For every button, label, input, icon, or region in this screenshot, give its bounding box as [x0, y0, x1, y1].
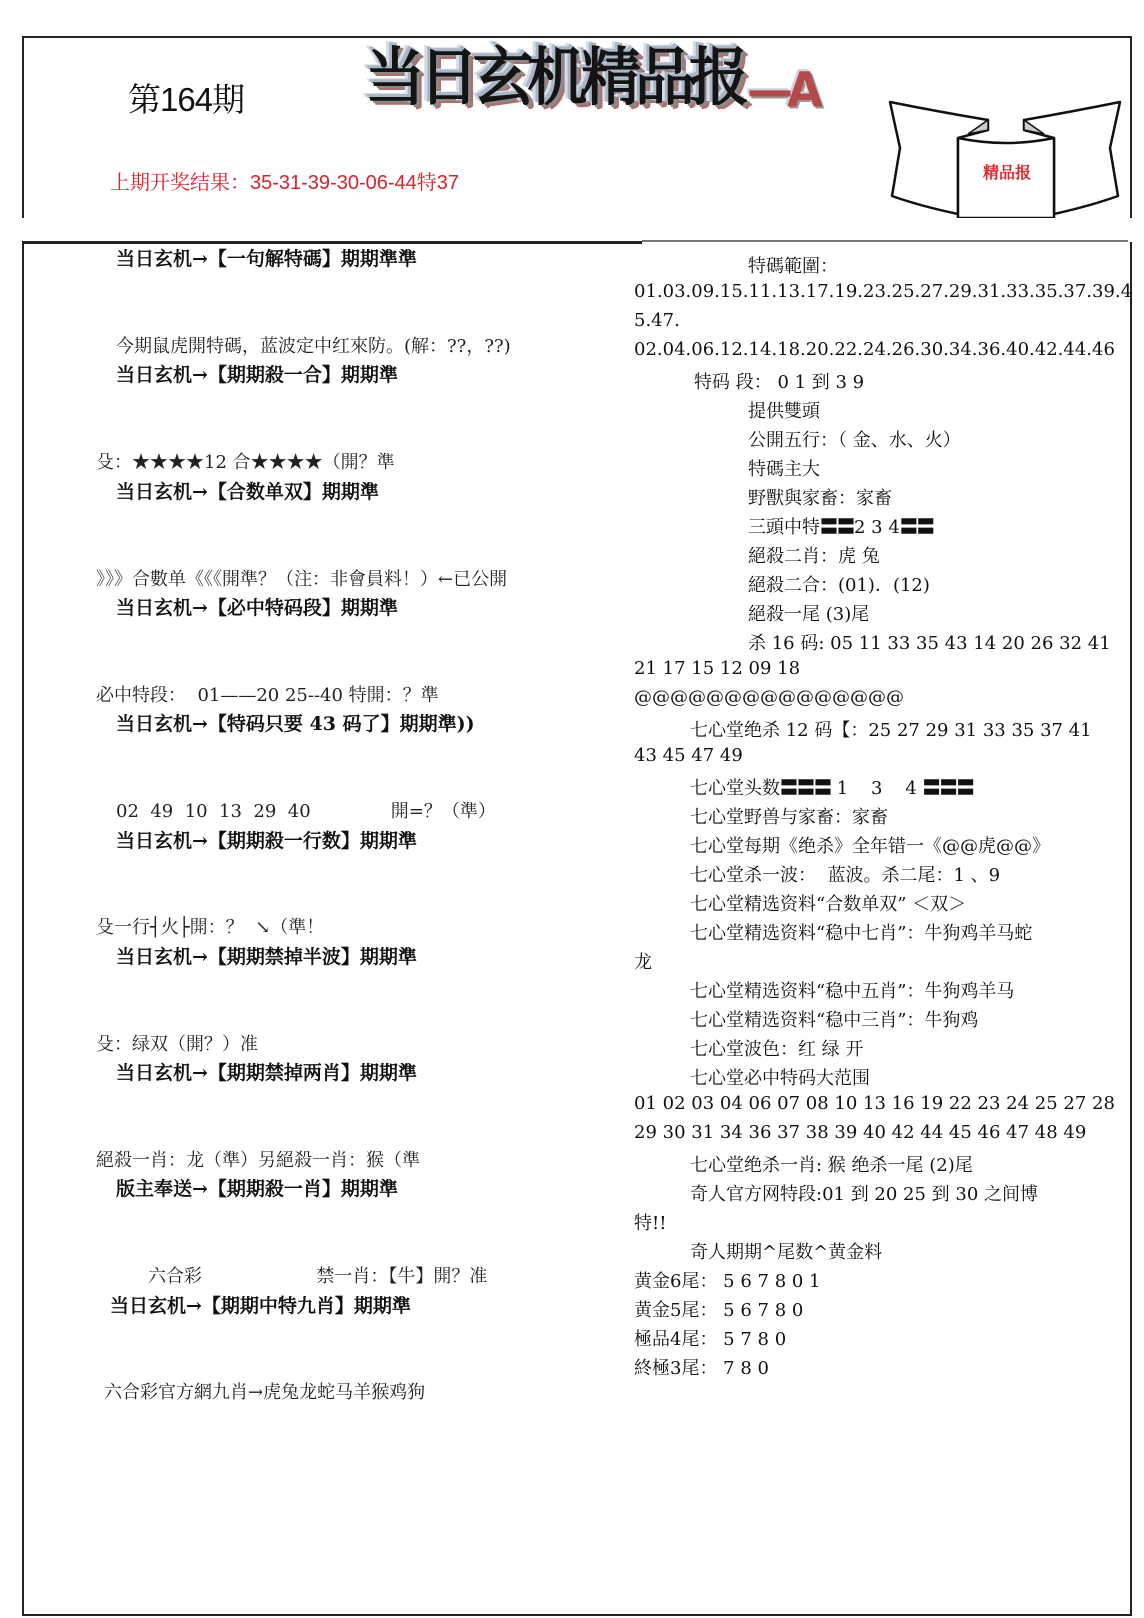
section-heading: 当日玄机→【合数单双】期期準: [116, 477, 379, 504]
data-line: 七心堂绝杀一肖: 猴 绝杀一尾 (2)尾: [690, 1151, 973, 1177]
data-line: 三頭中特〓〓2 3 4〓〓: [748, 513, 934, 539]
data-line: 七心堂野兽与家畜：家畜: [690, 803, 888, 829]
prediction-text: 必中特段： 01——20 25--40 特開：？準: [96, 681, 439, 707]
data-line: @@@@@@@@@@@@@@@: [634, 687, 904, 708]
data-line: 黄金5尾： 5 6 7 8 0: [634, 1296, 803, 1322]
data-line: 極品4尾： 5 7 8 0: [634, 1325, 786, 1351]
data-line: 43 45 47 49: [634, 745, 743, 766]
data-line: 終極3尾： 7 8 0: [634, 1354, 769, 1380]
ribbon-label: 精品报: [983, 160, 1031, 183]
data-line: 龙: [634, 948, 652, 974]
data-line: 七心堂精选资料“稳中五肖”：牛狗鸡羊马: [690, 977, 1014, 1003]
banner-title: 当日玄机精品报 —A: [365, 38, 817, 118]
data-line: 七心堂精选资料“合数单双” ＜双＞: [690, 890, 966, 916]
section-heading: 当日玄机→【必中特码段】期期準: [116, 593, 398, 620]
data-line: 21 17 15 12 09 18: [634, 658, 800, 679]
prediction-text: 六合彩 禁一肖：【牛】開？准: [148, 1262, 487, 1288]
prediction-text: 殳：★★★★12 合★★★★（開？準: [96, 448, 395, 474]
line-value: 2 3 4: [854, 517, 900, 538]
data-line: 七心堂精选资料“稳中三肖”：牛狗鸡: [690, 1006, 978, 1032]
bar-decoration-icon: 〓〓〓: [780, 774, 831, 800]
data-line: 特碼主大: [748, 455, 820, 481]
data-line: 提供雙頭: [748, 397, 820, 423]
section-heading: 当日玄机→【期期殺一行数】期期準: [116, 826, 417, 853]
prediction-text: 》》》合數单《《《開準？（注：非會員料！）←已公開: [96, 565, 507, 591]
data-line: 奇人官方网特段:01 到 20 25 到 30 之间博: [690, 1180, 1038, 1206]
data-line: 奇人期期^尾数^黄金料: [690, 1238, 882, 1264]
data-line: 野獸與家畜：家畜: [748, 484, 892, 510]
bar-decoration-icon: 〓〓〓: [923, 774, 974, 800]
section-heading: 当日玄机→【期期殺一合】期期準: [116, 360, 398, 387]
line-label: 七心堂头数: [690, 778, 780, 799]
data-line: 七心堂精选资料“稳中七肖”：牛狗鸡羊马蛇: [690, 919, 1032, 945]
prediction-text: 殳一行┤火├開：？ ↘（準！: [96, 913, 324, 939]
data-line: 29 30 31 34 36 37 38 39 40 42 44 45 46 4…: [634, 1122, 1086, 1143]
line-label: 三頭中特: [748, 517, 820, 538]
data-line: 七心堂必中特码大范围: [690, 1064, 870, 1090]
banner-title-text: 当日玄机精品报: [365, 28, 743, 118]
bar-decoration-icon: 〓〓: [820, 513, 854, 539]
data-line: 七心堂绝杀 12 码【：25 27 29 31 33 35 37 41: [690, 716, 1092, 742]
data-line: 公開五行：（ 金、水、火）: [748, 426, 961, 452]
data-line: 02.04.06.12.14.18.20.22.24.26.30.34.36.4…: [634, 339, 1115, 360]
prediction-text: 02 49 10 13 29 40 開=？（準）: [116, 797, 496, 823]
data-line: 絕殺二肖：虎 兔: [748, 542, 880, 568]
data-line: 01 02 03 04 06 07 08 10 13 16 19 22 23 2…: [634, 1093, 1115, 1114]
section-divider-right: [642, 240, 1128, 242]
data-line: 絕殺二合：(01)．(12): [748, 571, 930, 597]
data-line: 七心堂杀一波： 蓝波。杀二尾：1 、9: [690, 861, 1000, 887]
issue-number: 第164期: [128, 74, 244, 121]
data-line: 杀 16 码: 05 11 33 35 43 14 20 26 32 41: [748, 629, 1111, 655]
data-line: 絕殺一尾 (3)尾: [748, 600, 869, 626]
ribbon-banner-icon: [880, 68, 1130, 218]
section-heading: 版主奉送→【期期殺一肖】期期準: [116, 1174, 398, 1201]
section-heading: 当日玄机→【期期中特九肖】期期準: [110, 1291, 411, 1318]
data-line: 黄金6尾： 5 6 7 8 0 1: [634, 1267, 821, 1293]
data-line: 特!!: [634, 1209, 666, 1235]
data-line: 七心堂头数〓〓〓 1 3 4 〓〓〓: [690, 774, 974, 800]
banner-title-suffix: —A: [747, 61, 817, 118]
prediction-text: 殳：绿双（開？）准: [96, 1030, 258, 1056]
data-line: 七心堂波色：红 绿 开: [690, 1035, 863, 1061]
data-line: 特码 段： 0 1 到 3 9: [694, 368, 864, 394]
section-heading: 当日玄机→【期期禁掉半波】期期準: [116, 942, 417, 969]
section-heading: 当日玄机→【一句解特碼】期期準準: [116, 244, 417, 271]
prediction-text: 絕殺一肖：龙（準）另絕殺一肖：猴（準: [96, 1146, 420, 1172]
prediction-text: 六合彩官方網九肖→虎兔龙蛇马羊猴鸡狗: [104, 1378, 425, 1404]
section-heading: 当日玄机→【特码只要 43 码了】期期準)): [116, 709, 475, 736]
data-line: 七心堂每期《绝杀》全年错一《@@虎@@》: [690, 832, 1050, 858]
data-line: 特碼範圍：: [748, 252, 838, 278]
last-draw-result: 上期开奖结果：35-31-39-30-06-44特37: [110, 166, 459, 195]
data-line: 5.47.: [634, 310, 680, 331]
bar-decoration-icon: 〓〓: [900, 513, 934, 539]
line-value: 1 3 4: [831, 778, 923, 799]
data-line: 01.03.09.15.11.13.17.19.23.25.27.29.31.3…: [634, 281, 1132, 302]
section-heading: 当日玄机→【期期禁掉两肖】期期準: [116, 1058, 417, 1085]
prediction-text: 今期鼠虎開特碼，蓝波定中红來防。(解：??，??): [116, 332, 511, 358]
